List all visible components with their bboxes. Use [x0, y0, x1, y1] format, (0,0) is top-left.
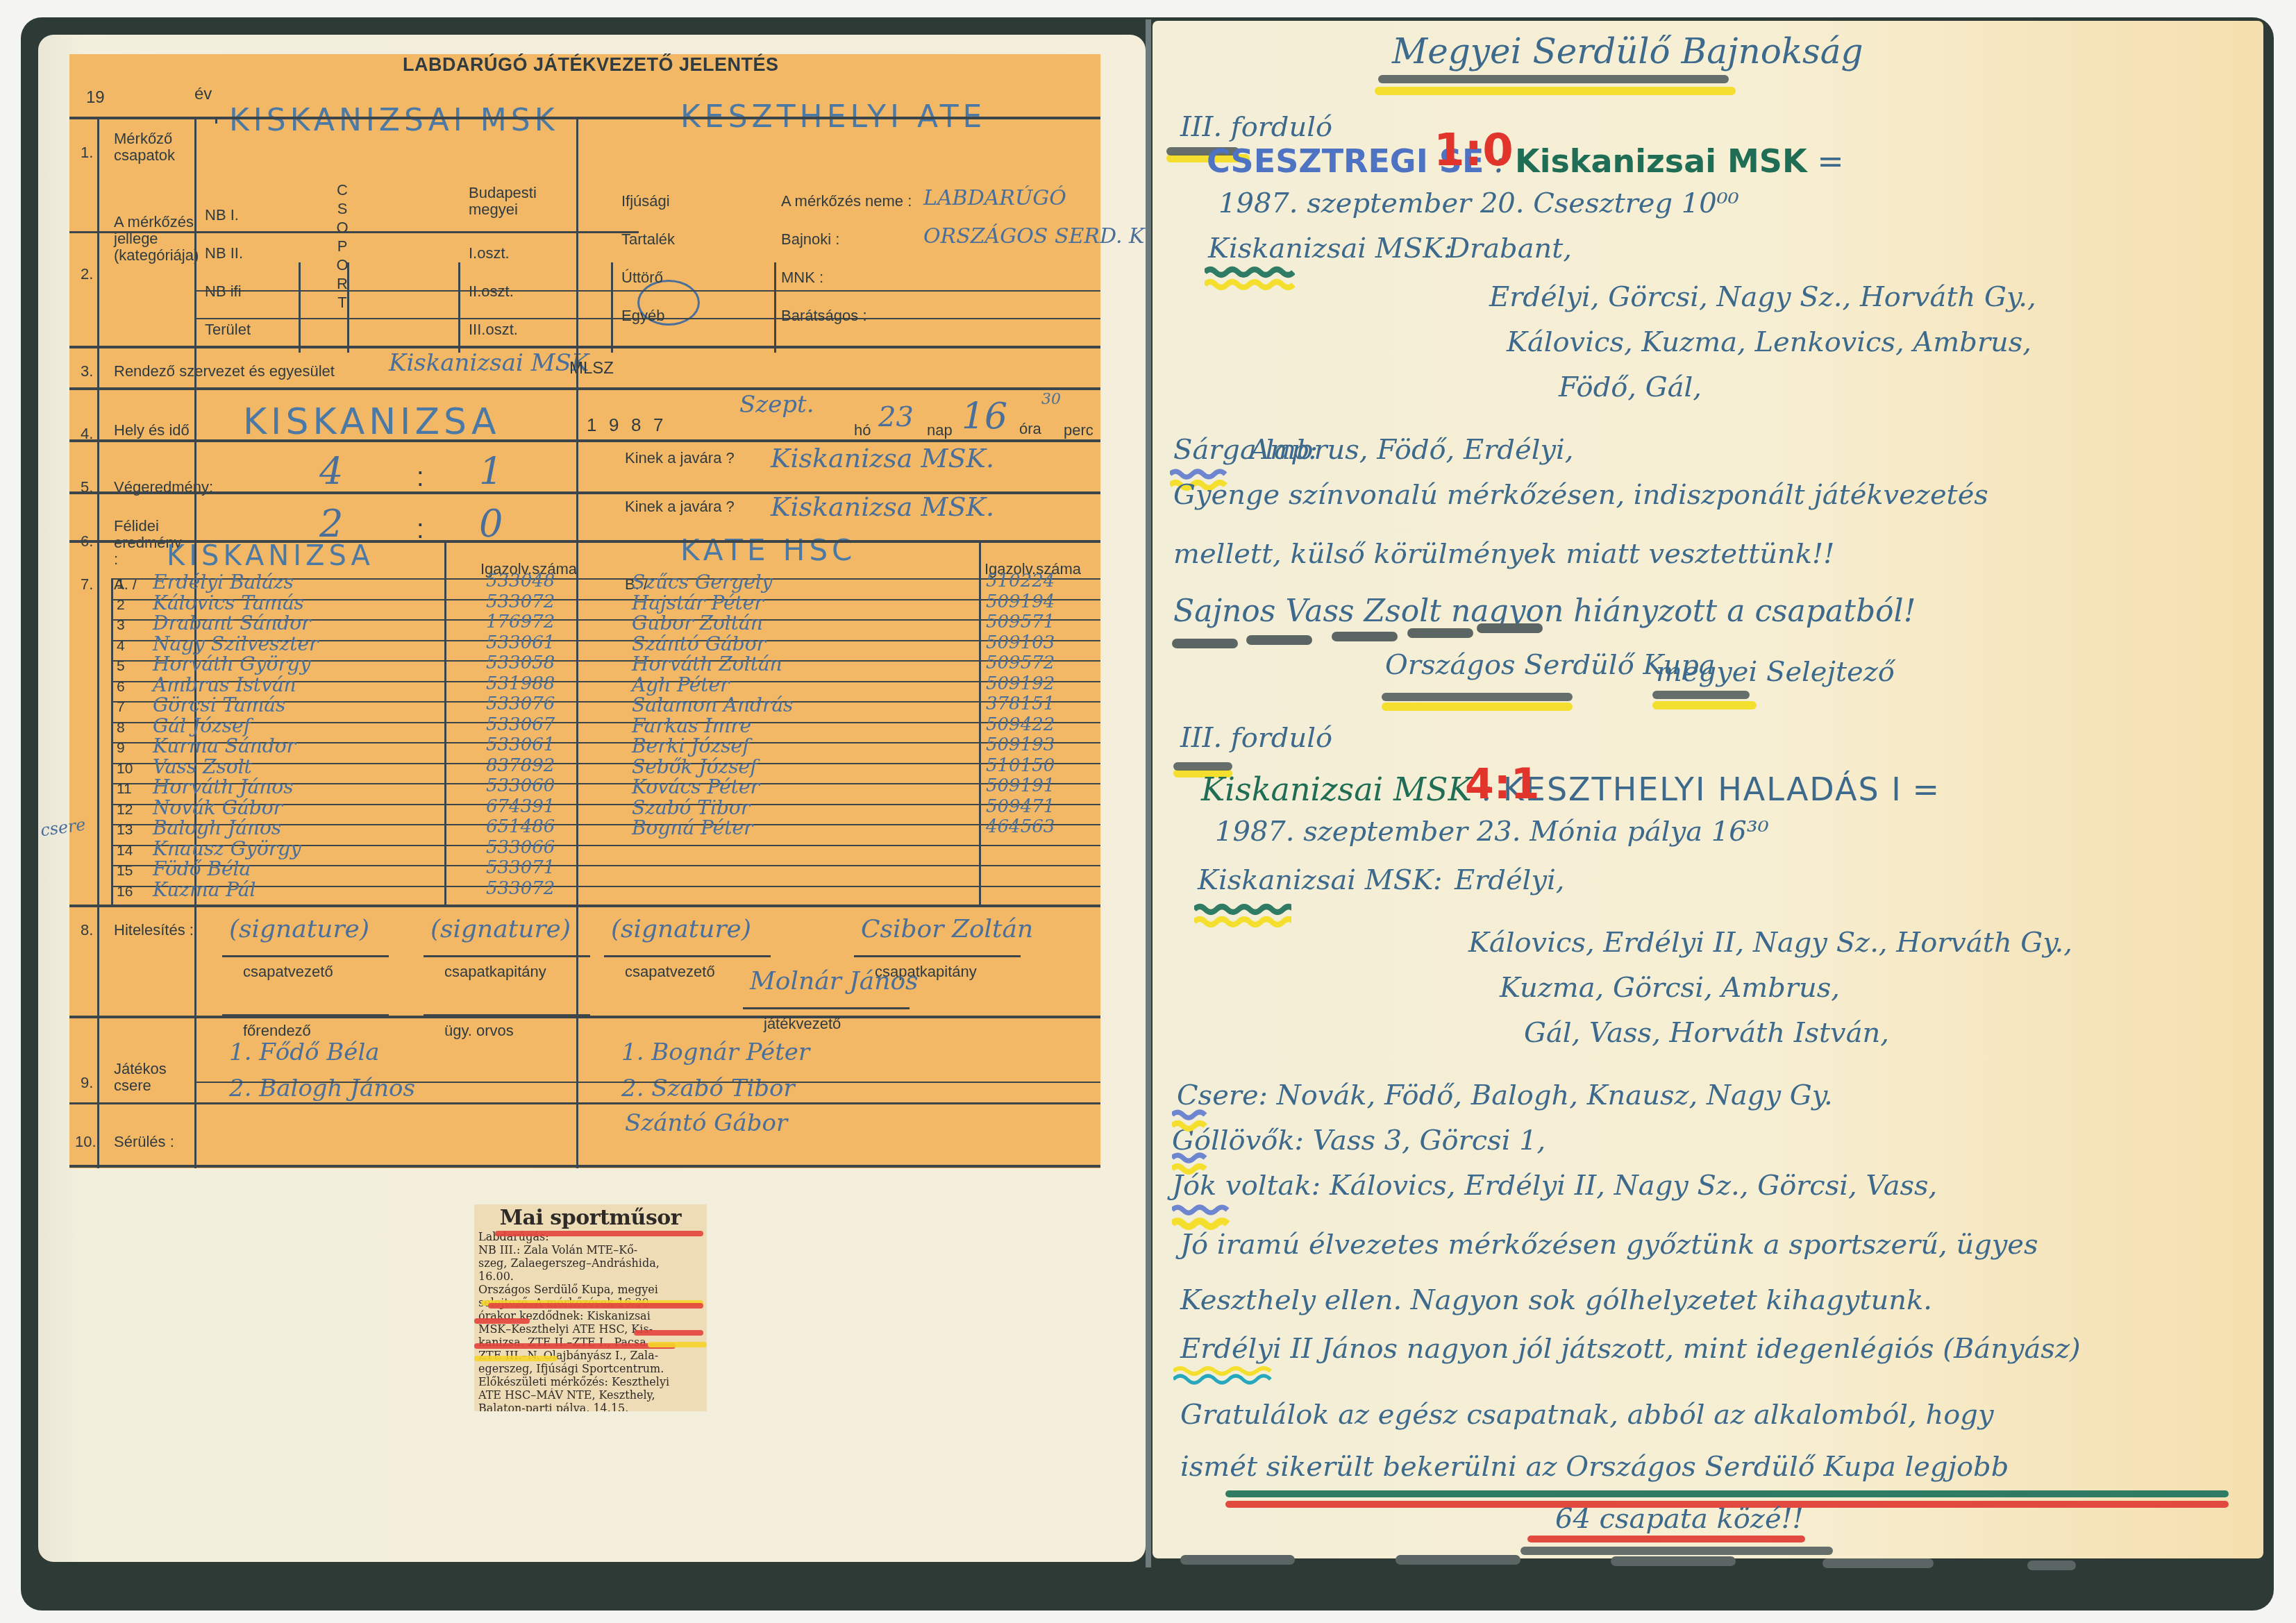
- wavy-underline: [1172, 1204, 1234, 1232]
- row-number: 2: [117, 597, 144, 614]
- player-a-name: Horváth György: [153, 653, 311, 675]
- match2-comment-2: Erdélyi II János nagyon jól játszott, mi…: [1180, 1333, 2081, 1365]
- final-score-b: 1: [479, 450, 503, 494]
- player-a-id: 837892: [486, 755, 555, 776]
- half-favor-label: Kinek a javára ?: [625, 498, 735, 515]
- form-rule: [111, 763, 1100, 764]
- row-number: 11: [117, 781, 144, 798]
- player-b-name: Salamon András: [632, 693, 794, 716]
- form-rule: [69, 117, 1100, 119]
- clipping-line: szeg, Zalaegerszeg–Andráshida,: [478, 1256, 703, 1270]
- final-favor-label: Kinek a javára ?: [625, 450, 735, 466]
- player-a-id: 533061: [486, 734, 555, 755]
- month-label: hó: [854, 422, 871, 439]
- match1-lineup-2: Kálovics, Kuzma, Lenkovics, Ambrus,: [1507, 326, 2031, 358]
- match-kind-value-0: LABDARÚGÓ: [923, 186, 1066, 210]
- form-rule: [611, 262, 613, 353]
- form-rule: [854, 955, 1021, 957]
- match-minute: 30: [1041, 391, 1061, 408]
- section-10-number: 10.: [75, 1134, 97, 1150]
- match2-scorers: Góllövők: Vass 3, Görcsi 1,: [1172, 1125, 1545, 1157]
- match2-home: Kiskanizsai MSK: [1201, 771, 1472, 808]
- form-rule: [69, 439, 1100, 442]
- player-a-id: 533066: [486, 837, 555, 858]
- player-b-id: 510224: [986, 571, 1055, 591]
- player-a-id: 533067: [486, 714, 555, 735]
- signature-1: (signature): [430, 915, 571, 943]
- player-a-name: Drabant Sándor: [153, 612, 310, 634]
- match-month: Szept.: [739, 391, 814, 419]
- signature-3: Csibor Zoltán: [861, 915, 1033, 943]
- signature-label-6: játékvezető: [764, 1016, 841, 1032]
- section-10-label: Sérülés :: [114, 1134, 174, 1150]
- player-a-id: 533076: [486, 693, 555, 714]
- clipping-line: egerszeg, Ifjúsági Sportcentrum.: [478, 1362, 703, 1375]
- player-a-id: 674391: [486, 796, 555, 817]
- player-b-id: 509572: [986, 653, 1055, 673]
- form-rule: [69, 1165, 1100, 1168]
- match2-lineup-0: Erdélyi,: [1455, 864, 1565, 896]
- section-8-number: 8.: [81, 922, 93, 939]
- year-digit-2: 8: [631, 415, 641, 435]
- category-level-2: II.oszt.: [469, 283, 566, 300]
- sub-b-3: Szántó Gábor: [625, 1109, 787, 1137]
- player-b-name: Kovács Péter: [632, 775, 760, 798]
- player-b-id: 509103: [986, 632, 1055, 653]
- player-b-id: 378151: [986, 693, 1055, 714]
- form-rule: [111, 578, 113, 905]
- match2-lineup-1: Kálovics, Erdélyi II, Nagy Sz., Horváth …: [1468, 927, 2072, 959]
- day-label: nap: [927, 422, 953, 439]
- row-number: 8: [117, 720, 144, 737]
- section-9-number: 9.: [81, 1075, 93, 1091]
- player-a-name: Gál József: [153, 714, 251, 737]
- signature-0: (signature): [229, 915, 369, 943]
- match-day: 23: [878, 401, 914, 433]
- player-a-id: 651486: [486, 816, 555, 837]
- category-type-2: Úttörő: [621, 269, 663, 286]
- section-1-number: 1.: [81, 144, 93, 161]
- player-a-id: 533058: [486, 653, 555, 673]
- category-nb-2: NB ifi: [205, 283, 242, 300]
- row-number: 4: [117, 638, 144, 655]
- team-b-list-name: KATE HSC: [680, 533, 856, 567]
- referee-report-form: LABDARÚGÓ JÁTÉKVEZETŐ JELENTÉS 19 év 1. …: [69, 54, 1100, 1168]
- match-kind-label-0: A mérkőzés neme :: [781, 193, 912, 210]
- match-kind-label-1: Bajnoki :: [781, 231, 839, 248]
- form-title: LABDARÚGÓ JÁTÉKVEZETŐ JELENTÉS: [403, 54, 779, 76]
- player-a-name: Erdélyi Balázs: [153, 571, 294, 594]
- player-a-name: Knausz György: [153, 837, 301, 860]
- section-7-number: 7.: [81, 576, 93, 593]
- player-b-name: Szabó Tibor: [632, 796, 750, 819]
- player-b-name: Gubor Zoltán: [632, 612, 763, 634]
- category-type-3: Egyéb: [621, 308, 664, 324]
- form-rule: [222, 1014, 389, 1016]
- player-a-id: 533048: [486, 571, 555, 591]
- player-a-id: 533060: [486, 775, 555, 796]
- organizer-value: Kiskanizsai MSK: [389, 349, 589, 377]
- row-number: 3: [117, 617, 144, 634]
- player-a-name: Nagy Szilveszter: [153, 632, 318, 655]
- row-number: 9: [117, 740, 144, 757]
- player-b-id: 510150: [986, 755, 1055, 776]
- player-b-name: Szűcs Gergely: [632, 571, 773, 594]
- book-spine: [1146, 19, 1151, 1567]
- form-rule: [604, 955, 771, 957]
- player-a-id: 533072: [486, 591, 555, 612]
- newspaper-clipping: Mai sportműsor Labdarúgás:NB III.: Zala …: [474, 1204, 707, 1411]
- form-rule: [424, 1014, 590, 1016]
- clipping-title: Mai sportműsor: [474, 1206, 707, 1230]
- player-a-name: Balogh János: [153, 816, 281, 839]
- form-rule: [576, 117, 578, 1168]
- signature-label-4: főrendező: [243, 1023, 311, 1039]
- sub-a-1: 1. Fődő Béla: [229, 1038, 380, 1066]
- team-a-name: KISKANIZSAI MSK: [229, 103, 559, 138]
- form-rule: [222, 955, 389, 957]
- match2-comment-0: Jó iramú élvezetes mérkőzésen győztünk a…: [1180, 1229, 2038, 1261]
- player-b-name: Bogná Péter: [632, 816, 753, 839]
- row-number: 10: [117, 761, 144, 777]
- final-score-a: 4: [319, 450, 343, 494]
- section-8-label: Hitelesítés :: [114, 922, 194, 939]
- category-level-3: III.oszt.: [469, 321, 566, 338]
- form-rule: [774, 262, 776, 353]
- player-b-id: 464563: [986, 816, 1055, 837]
- clipping-line: Előkészületi mérkőzés: Keszthelyi: [478, 1375, 703, 1388]
- category-type-1: Tartalék: [621, 231, 675, 248]
- player-b-id: 509191: [986, 775, 1055, 796]
- team-a-list-name: KISKANIZSA: [167, 540, 374, 572]
- form-rule: [69, 387, 1100, 390]
- player-b-id: 509471: [986, 796, 1055, 817]
- category-nb-1: NB II.: [205, 245, 243, 262]
- match2-lineup-2: Kuzma, Görcsi, Ambrus,: [1500, 972, 1840, 1004]
- qualifier-heading: megyei Selejtező: [1656, 656, 1895, 688]
- match-kind-label-2: MNK :: [781, 269, 823, 286]
- sub-a-2: 2. Balogh János: [229, 1075, 415, 1102]
- form-rule: [111, 906, 1100, 907]
- wavy-underline: [1172, 1109, 1214, 1133]
- match1-round: III. forduló: [1180, 111, 1332, 143]
- player-b-id: 509571: [986, 612, 1055, 632]
- match2-comment-5: 64 csapata közé!!: [1555, 1503, 1804, 1535]
- player-b-name: Szántó Gábor: [632, 632, 766, 655]
- match2-lineup-label: Kiskanizsai MSK:: [1198, 864, 1443, 896]
- clipping-line: Országos Serdülő Kupa, megyei: [478, 1283, 703, 1296]
- player-b-name: Berki József: [632, 734, 750, 757]
- signature-label-0: csapatvezető: [243, 964, 333, 980]
- form-rule: [347, 262, 349, 353]
- player-a-name: Vass Zsolt: [153, 755, 252, 778]
- player-a-name: Novák Gábor: [153, 796, 283, 819]
- row-number: 15: [117, 863, 144, 880]
- signature-label-2: csapatvezető: [625, 964, 715, 980]
- match-kind-value-1: ORSZÁGOS SERD. K: [923, 224, 1144, 249]
- signature-2: (signature): [611, 915, 751, 943]
- player-b-id: 509193: [986, 734, 1055, 755]
- category-level-1: I.oszt.: [469, 245, 566, 262]
- match2-away: KESZTHELYI HALADÁS I: [1503, 771, 1902, 808]
- section-1-label: Mérkőző csapatok: [114, 131, 197, 164]
- clipping-line: Balaton-parti pálya, 14.15.: [478, 1402, 703, 1411]
- hour-label: óra: [1019, 421, 1041, 437]
- player-a-name: Kálovics Tamás: [153, 591, 304, 614]
- form-rule: [111, 886, 1100, 887]
- player-b-name: Agh Péter: [632, 673, 729, 696]
- category-level-0: Budapesti megyei: [469, 185, 566, 218]
- row-number: 14: [117, 843, 144, 859]
- row-number: 7: [117, 699, 144, 716]
- match1-date: 1987. szeptember 20. Csesztreg 10⁰⁰: [1218, 187, 1739, 219]
- match2-comment-1: Keszthely ellen. Nagyon sok gólhelyzetet…: [1180, 1284, 1932, 1316]
- player-a-name: Födő Béla: [153, 857, 251, 880]
- match1-yellow: Ambrus, Födő, Erdélyi,: [1250, 434, 1574, 466]
- form-rule: [111, 722, 1100, 723]
- year-digit-3: 7: [653, 415, 663, 435]
- player-b-id: 509194: [986, 591, 1055, 612]
- form-rule: [69, 1102, 1100, 1104]
- match-place: KISKANIZSA: [243, 401, 501, 443]
- player-a-id: 533071: [486, 857, 555, 878]
- form-rule: [69, 491, 1100, 494]
- category-nb-3: Terület: [205, 321, 251, 338]
- match-kind-label-3: Barátságos :: [781, 308, 867, 324]
- wavy-underline: [1194, 902, 1291, 930]
- section-2-number: 2.: [81, 266, 93, 283]
- minute-label: perc: [1064, 422, 1093, 439]
- half-score-b: 0: [479, 502, 503, 546]
- form-rule: [299, 262, 301, 353]
- half-score-a: 2: [319, 502, 343, 546]
- form-rule: [97, 117, 99, 1168]
- match1-comment-1: mellett, külső körülmények miatt vesztet…: [1173, 538, 1834, 570]
- form-rule: [69, 540, 1100, 543]
- player-a-name: Horváth János: [153, 775, 294, 798]
- sub-b-2: 2. Szabó Tibor: [621, 1075, 795, 1102]
- player-b-id: 509192: [986, 673, 1055, 694]
- row-number: 12: [117, 802, 144, 818]
- section-3-label: Rendező szervezet és egyesület: [114, 363, 335, 380]
- match2-good: Jók voltak: Kálovics, Erdélyi II, Nagy S…: [1172, 1170, 1937, 1202]
- wavy-underline: [1172, 1152, 1214, 1176]
- match-hour: 16: [962, 396, 1007, 437]
- player-b-name: Farkas Imre: [632, 714, 751, 737]
- player-a-name: Kuzma Pál: [153, 878, 255, 901]
- row-number: 6: [117, 679, 144, 696]
- match1-away: Kiskanizsai MSK: [1515, 142, 1807, 180]
- year-digit-1: 9: [609, 415, 619, 435]
- clipping-line: 16.00.: [478, 1270, 703, 1283]
- match1-title: CSESZTREGI SE : Kiskanizsai MSK =: [1207, 142, 1844, 180]
- clipping-line: ATE HSC–MÁV NTE, Keszthely,: [478, 1388, 703, 1402]
- form-rule: [111, 865, 1100, 866]
- match2-score: 4:1: [1465, 760, 1540, 809]
- row-number: 16: [117, 884, 144, 900]
- match2-comment-3: Gratulálok az egész csapatnak, abból az …: [1180, 1399, 1993, 1431]
- row-number: 1: [117, 576, 144, 593]
- form-rule: [69, 231, 639, 233]
- year-digit-0: 1: [587, 415, 596, 435]
- player-b-name: Hajstár Péter: [632, 591, 764, 614]
- form-rule: [69, 346, 1100, 348]
- form-rule: [196, 290, 1100, 292]
- signature-6: Molnár János: [750, 967, 919, 995]
- year-label: év: [194, 85, 212, 103]
- player-b-name: Sebők József: [632, 755, 757, 778]
- player-a-name: Ambrus István: [153, 673, 296, 696]
- form-rule: [458, 262, 460, 353]
- signature-label-1: csapatkapitány: [444, 964, 546, 980]
- wavy-underline: [1205, 264, 1295, 292]
- match2-date: 1987. szeptember 23. Mónia pálya 16³⁰: [1215, 816, 1769, 848]
- player-a-id: 533061: [486, 632, 555, 653]
- form-rule: [194, 1082, 1100, 1083]
- final-favor-value: Kiskanizsa MSK.: [771, 443, 994, 473]
- player-a-name: Görcsi Tamás: [153, 693, 285, 716]
- section-2-label: A mérkőzés jellege (kategóriája): [114, 214, 204, 264]
- section-9-label: Játékos csere: [114, 1061, 169, 1094]
- match2-comment-4: ismét sikerült bekerülni az Országos Ser…: [1180, 1451, 2009, 1483]
- form-rule: [743, 1007, 910, 1009]
- match2-title: Kiskanizsai MSK : KESZTHELYI HALADÁS I =: [1201, 771, 1939, 808]
- player-a-id: 176972: [486, 612, 555, 632]
- signature-label-5: ügy. orvos: [444, 1023, 514, 1039]
- player-a-id: 533072: [486, 878, 555, 899]
- section-3-number: 3.: [81, 363, 93, 380]
- page-heading: Megyei Serdülő Bajnokság: [1392, 31, 1863, 72]
- match2-round: III. forduló: [1180, 722, 1332, 754]
- row-number: 5: [117, 658, 144, 675]
- player-b-id: 509422: [986, 714, 1055, 735]
- match1-lineup-1: Erdélyi, Görcsi, Nagy Sz., Horváth Gy.,: [1489, 281, 2036, 313]
- row-number: 13: [117, 822, 144, 839]
- match1-lineup-0: Drabant,: [1448, 233, 1572, 264]
- category-type-0: Ifjúsági: [621, 193, 670, 210]
- form-rule: [215, 117, 217, 124]
- half-favor-value: Kiskanizsa MSK.: [771, 491, 994, 522]
- match2-subs: Csere: Novák, Födő, Balogh, Knausz, Nagy…: [1177, 1079, 1833, 1111]
- match1-score: 1:0: [1434, 125, 1514, 176]
- player-b-name: Horváth Zoltán: [632, 653, 782, 675]
- section-4-label: Hely és idő :: [114, 422, 198, 439]
- clipping-line: NB III.: Zala Volán MTE–Kő-: [478, 1243, 703, 1256]
- sub-b-1: 1. Bognár Péter: [621, 1038, 810, 1066]
- form-rule: [424, 955, 590, 957]
- year-prefix: 19: [86, 89, 105, 107]
- match2-lineup-3: Gál, Vass, Horváth István,: [1524, 1017, 1889, 1049]
- player-a-name: Kurma Sándor: [153, 734, 296, 757]
- category-nb-0: NB I.: [205, 207, 239, 224]
- match1-lineup-label: Kiskanizsai MSK:: [1208, 233, 1453, 264]
- match1-lineup-3: Födő, Gál,: [1559, 371, 1702, 403]
- match1-comment-2: Sajnos Vass Zsolt nagyon hiányzott a csa…: [1173, 594, 1916, 629]
- player-a-id: 531988: [486, 673, 555, 694]
- match1-comment-0: Gyenge színvonalú mérkőzésen, indiszponá…: [1173, 479, 1988, 511]
- wavy-underline: [1173, 1364, 1284, 1399]
